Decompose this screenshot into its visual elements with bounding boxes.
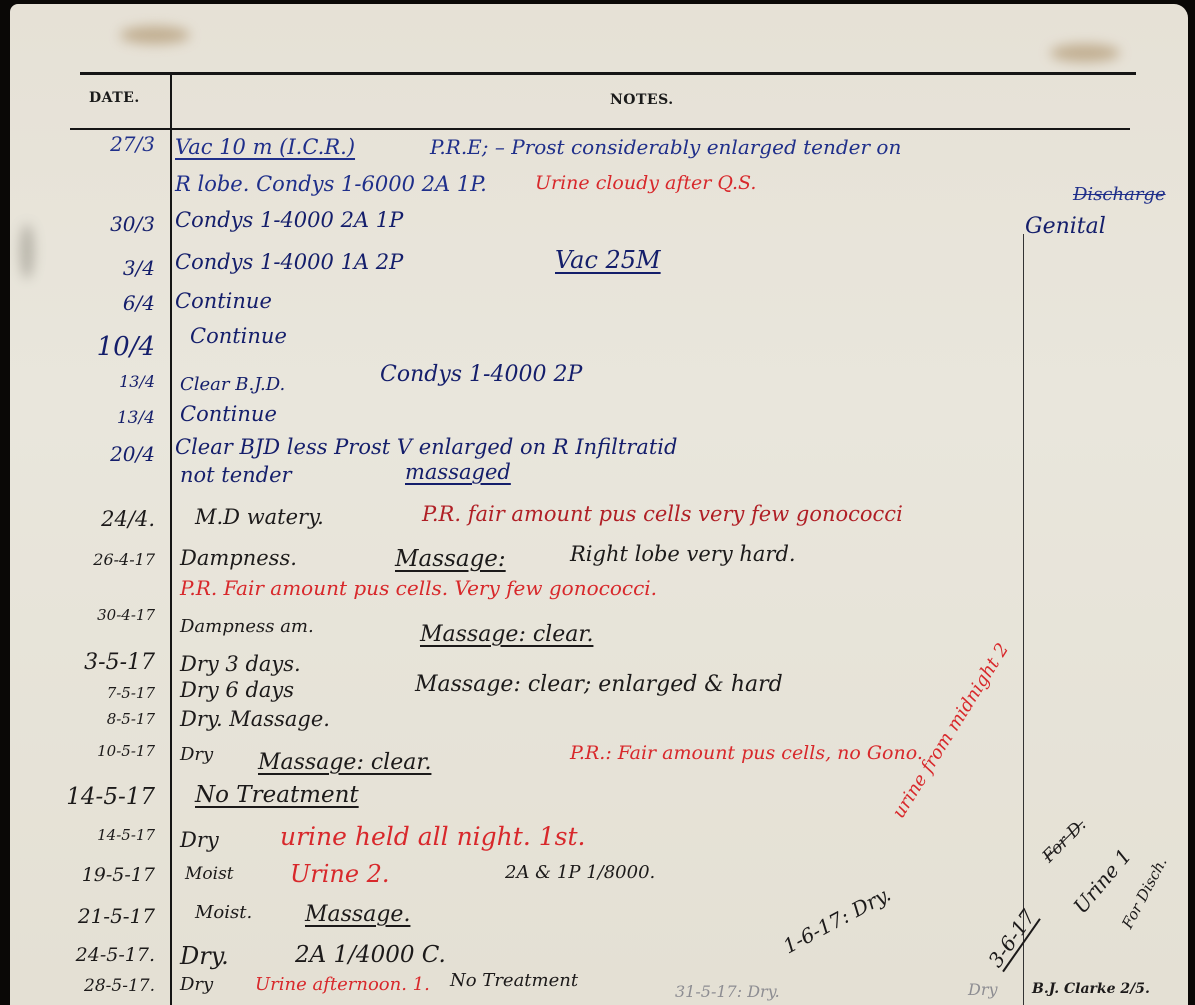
entry-date: 30/3 xyxy=(45,214,155,234)
entry-note-red: P.R. fair amount pus cells very few gono… xyxy=(422,504,903,525)
entry-note: Dry xyxy=(180,830,219,851)
entry-note: Clear B.J.D. xyxy=(180,376,285,394)
entry-date: 14-5-17 xyxy=(45,786,155,809)
entry-date: 26-4-17 xyxy=(45,552,155,568)
top-rule xyxy=(80,72,1136,75)
entry-date: 24-5-17. xyxy=(45,946,155,965)
entry-note: Right lobe very hard. xyxy=(570,544,796,565)
entry-note: Massage: clear. xyxy=(420,624,593,646)
entry-note: Dry xyxy=(180,746,213,764)
paper-stain xyxy=(20,224,34,279)
entry-note: Dampness am. xyxy=(180,618,314,636)
entry-note: Moist xyxy=(185,866,234,883)
entry-note: Continue xyxy=(175,291,272,312)
margin-column-divider xyxy=(1023,234,1024,1005)
entry-date: 13/4 xyxy=(45,410,155,427)
entry-date: 20/4 xyxy=(45,444,155,464)
paper-stain xyxy=(1050,44,1120,62)
entry-note: Massage: clear; enlarged & hard xyxy=(415,674,783,696)
entry-note: 31-5-17: Dry. xyxy=(675,984,780,1000)
diagonal-note-red: urine from midnight 2 xyxy=(890,641,1012,822)
entry-date: 8-5-17 xyxy=(45,712,155,727)
entry-date: 7-5-17 xyxy=(45,686,155,701)
diagonal-note-struck: For D. xyxy=(1040,816,1090,866)
entry-note: Moist. xyxy=(195,904,252,922)
medical-record-card: DATE. NOTES. 27/3 Vac 10 m (I.C.R.) P.R.… xyxy=(10,4,1188,1005)
entry-note-red: Urine 2. xyxy=(290,862,390,886)
entry-note: Continue xyxy=(190,326,287,347)
diagonal-note: 3-6-17 xyxy=(985,906,1038,970)
entry-note-red: P.R. Fair amount pus cells. Very few gon… xyxy=(180,578,657,598)
date-header: DATE. xyxy=(89,90,140,106)
entry-note: not tender xyxy=(180,465,292,486)
struck-margin-note: Discharge xyxy=(1073,186,1166,204)
entry-note: Dampness. xyxy=(180,548,297,569)
entry-note-red: Urine afternoon. 1. xyxy=(255,976,430,994)
entry-note: Clear BJD less Prost V enlarged on R Inf… xyxy=(175,437,677,458)
entry-note: Condys 1-4000 1A 2P xyxy=(175,252,403,273)
faint-note: Dry xyxy=(968,982,998,998)
header-rule xyxy=(70,128,1130,130)
entry-date: 14-5-17 xyxy=(45,828,155,843)
entry-note: No Treatment xyxy=(450,972,578,990)
entry-date: 19-5-17 xyxy=(45,866,155,885)
entry-note: M.D watery. xyxy=(195,507,324,528)
entry-note: massaged xyxy=(405,462,511,483)
entry-date: 3-5-17 xyxy=(45,652,155,674)
entry-note: R lobe. Condys 1-6000 2A 1P. xyxy=(175,174,487,195)
signature: B.J. Clarke 2/5. xyxy=(1032,982,1150,996)
paper-stain xyxy=(120,26,190,44)
entry-date: 3/4 xyxy=(45,258,155,278)
entry-note: 2A 1/4000 C. xyxy=(295,944,446,967)
entry-note: Continue xyxy=(180,404,277,425)
entry-note: Vac 25M xyxy=(555,248,661,272)
entry-note-red: Urine cloudy after Q.S. xyxy=(535,174,756,193)
notes-header: NOTES. xyxy=(610,92,674,108)
entry-note: Massage. xyxy=(305,904,410,926)
entry-note-red: P.R.: Fair amount pus cells, no Gono. xyxy=(570,744,923,763)
date-column-divider xyxy=(170,74,172,1005)
entry-note: 2A & 1P 1/8000. xyxy=(505,864,655,882)
entry-date: 27/3 xyxy=(45,134,155,154)
entry-note: Vac 10 m (I.C.R.) xyxy=(175,137,355,158)
entry-date: 21-5-17 xyxy=(45,906,155,926)
diagonal-note: Urine 1 xyxy=(1070,845,1135,917)
entry-date: 13/4 xyxy=(45,374,155,390)
entry-note: Massage: clear. xyxy=(258,752,431,774)
entry-date: 10-5-17 xyxy=(45,744,155,759)
diagonal-note: 1-6-17: Dry. xyxy=(780,884,894,957)
entry-date: 10/4 xyxy=(45,334,155,360)
entry-note: P.R.E; – Prost considerably enlarged ten… xyxy=(430,137,901,157)
entry-note: Dry xyxy=(180,976,213,994)
entry-note: Massage: xyxy=(395,548,506,571)
entry-note: Dry 6 days xyxy=(180,680,294,701)
entry-date: 24/4. xyxy=(45,509,155,530)
entry-date: 6/4 xyxy=(45,293,155,313)
entry-note: Condys 1-4000 2P xyxy=(380,364,582,386)
entry-note: No Treatment xyxy=(195,784,359,807)
entry-note: Dry. xyxy=(180,944,229,968)
entry-note: Dry 3 days. xyxy=(180,654,301,675)
margin-label: Genital xyxy=(1025,216,1106,238)
entry-date: 30-4-17 xyxy=(45,608,155,623)
entry-date: 28-5-17. xyxy=(45,978,155,995)
entry-note-red: urine held all night. 1st. xyxy=(280,824,585,849)
entry-note: Condys 1-4000 2A 1P xyxy=(175,210,403,231)
entry-note: Dry. Massage. xyxy=(180,709,330,730)
